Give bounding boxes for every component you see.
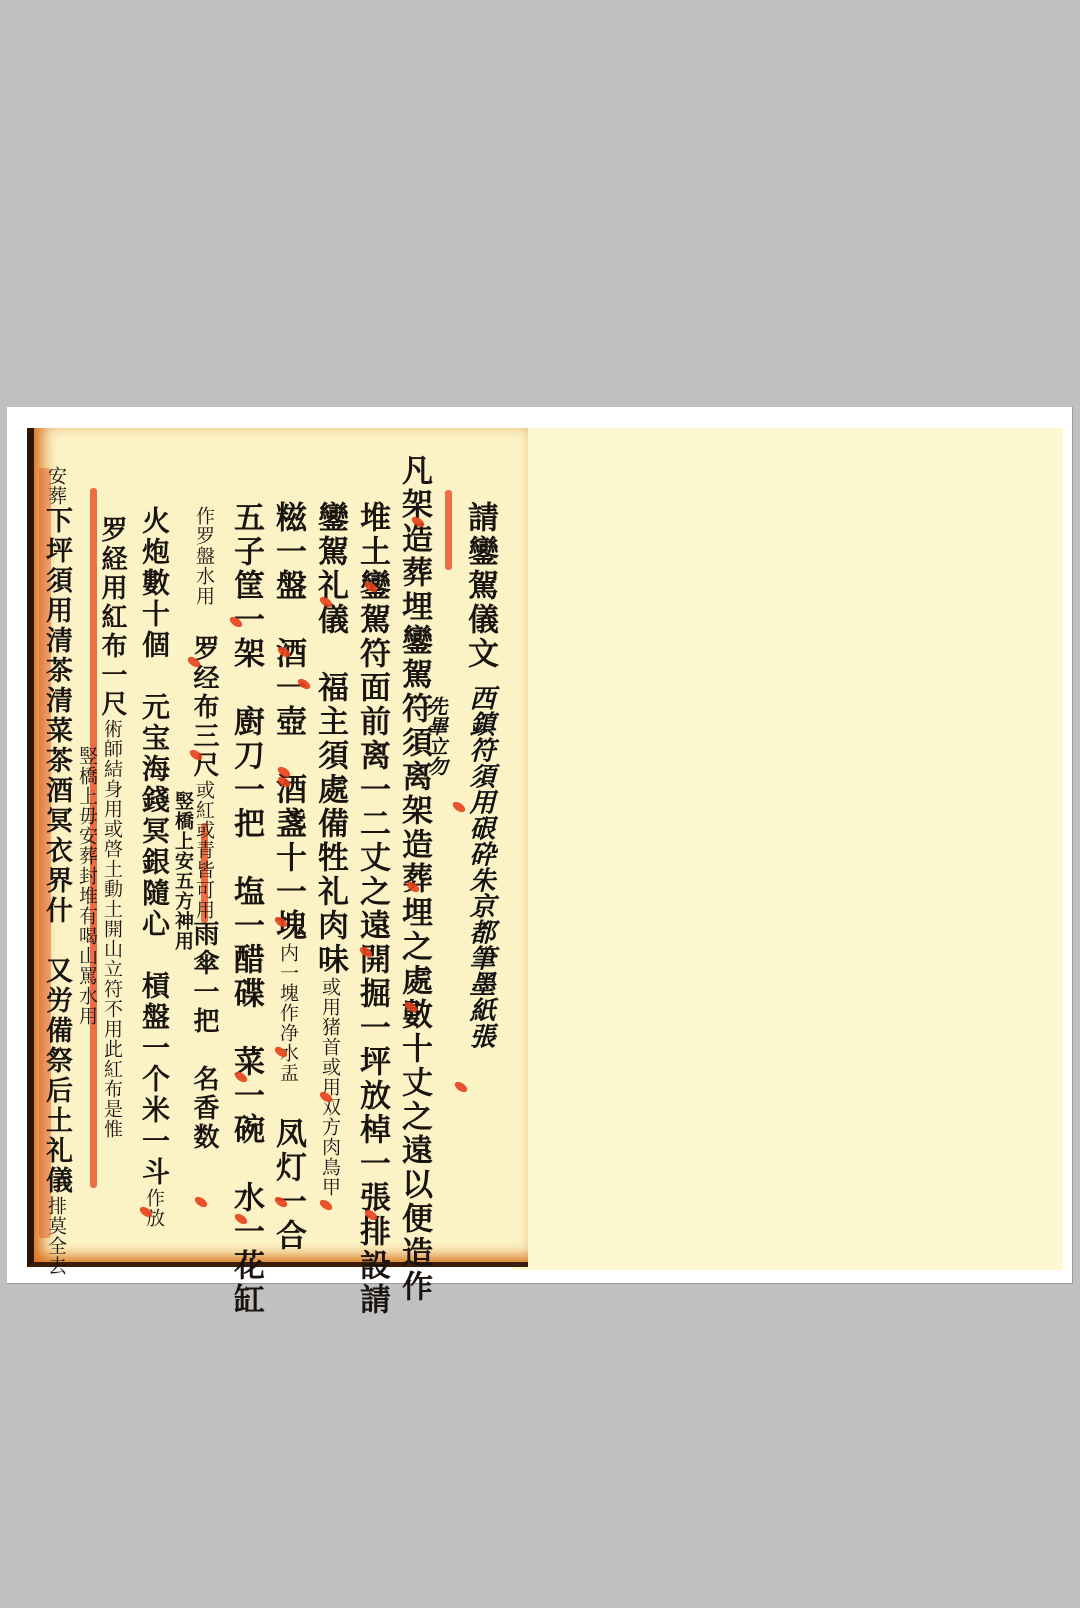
- cursive-note-column: 先畢立勿: [434, 446, 456, 1246]
- column-annotation: 内一塊作净水盂: [277, 943, 299, 1083]
- column-text: 凤灯一合: [270, 1083, 306, 1253]
- annotation-column: 竪橋上毋安葬封堆有喝山罵水用: [76, 446, 98, 1246]
- column-text: 鑾駕礼儀 福主須處備牲礼肉味: [312, 501, 348, 977]
- text-column: 堆土鑾駕符面前离一二丈之遠開掘一坪放棹一張排設請: [350, 446, 392, 1246]
- column-annotation: 排莫全去: [45, 1196, 67, 1276]
- column-text: 堆土鑾駕符面前离一二丈之遠開掘一坪放棹一張排設請: [354, 501, 390, 1317]
- title-column: 請鑾駕儀文 西鎮符須用硍砕朱京都筆墨紙張: [456, 446, 500, 1246]
- column-annotation: 竪橋上毋安葬封堆有喝山罵水用: [76, 746, 98, 1026]
- vertical-text-block: 請鑾駕儀文 西鎮符須用硍砕朱京都筆墨紙張 先畢立勿 凡架造葬埋鑾駕符須离架造葬埋…: [36, 446, 500, 1246]
- text-column: 鑾駕礼儀 福主須處備牲礼肉味或用猪首或用双方肉鳥甲: [308, 446, 350, 1246]
- column-annotation: 竪橋上安五方神用: [172, 791, 194, 951]
- column-text: 凡架造葬埋鑾駕符須离架造葬埋之處數十丈之遠以便造作: [396, 454, 432, 1304]
- column-text: 火炮數十個: [138, 506, 171, 661]
- manuscript-left-page: 請鑾駕儀文 西鎮符須用硍砕朱京都筆墨紙張 先畢立勿 凡架造葬埋鑾駕符須离架造葬埋…: [27, 428, 528, 1267]
- document-frame: 請鑾駕儀文 西鎮符須用硍砕朱京都筆墨紙張 先畢立勿 凡架造葬埋鑾駕符須离架造葬埋…: [7, 407, 1073, 1284]
- document-title: 請鑾駕儀文: [462, 501, 498, 671]
- text-column: 糍一盤 酒一壺 酒盞十一塊内一塊作净水盂 凤灯一合: [266, 446, 308, 1246]
- column-annotation: 安葬: [45, 466, 67, 506]
- text-column: 火炮數十個 元宝海錢冥銀隨心 槓盤一个米一斗作放: [132, 446, 174, 1246]
- column-annotation: 術師結身用或啓土動土開山立符不用此紅布是惟: [101, 719, 123, 1139]
- column-text: 下坪須用清茶清菜茶酒冥衣界什 又労備祭后土礼儀: [41, 506, 72, 1196]
- column-annotation: 作罗盤水用: [193, 506, 215, 606]
- blank-right-page: [513, 428, 1063, 1270]
- annotation-column: 竪橋上安五方神用: [174, 446, 194, 1246]
- column-text: 罗経用紅布一尺: [97, 516, 127, 719]
- text-column: 凡架造葬埋鑾駕符須离架造葬埋之處數十丈之遠以便造作: [392, 446, 434, 1246]
- column-annotation: 或紅或青皆可用: [193, 780, 215, 920]
- column-annotation: 或用猪首或用双方肉鳥甲: [319, 977, 341, 1197]
- text-column: 安葬下坪須用清茶清菜茶酒冥衣界什 又労備祭后土礼儀排莫全去: [36, 446, 76, 1246]
- column-text: 糍一盤 酒一壺 酒盞十一塊: [270, 501, 306, 943]
- column-text: 元宝海錢冥銀隨心 槓盤一个米一斗: [138, 692, 171, 1188]
- text-column: 作罗盤水用 罗经布三尺或紅或青皆可用雨傘一把 名香数: [194, 446, 224, 1246]
- cursive-note: 西鎮符須用硍砕朱京都筆墨紙張: [465, 685, 495, 1049]
- text-column: 五子筐一架 廚刀一把 塩一醋碟 菜一碗 水一花缸: [224, 446, 266, 1246]
- text-column: 罗経用紅布一尺術師結身用或啓土動土開山立符不用此紅布是惟: [98, 446, 132, 1246]
